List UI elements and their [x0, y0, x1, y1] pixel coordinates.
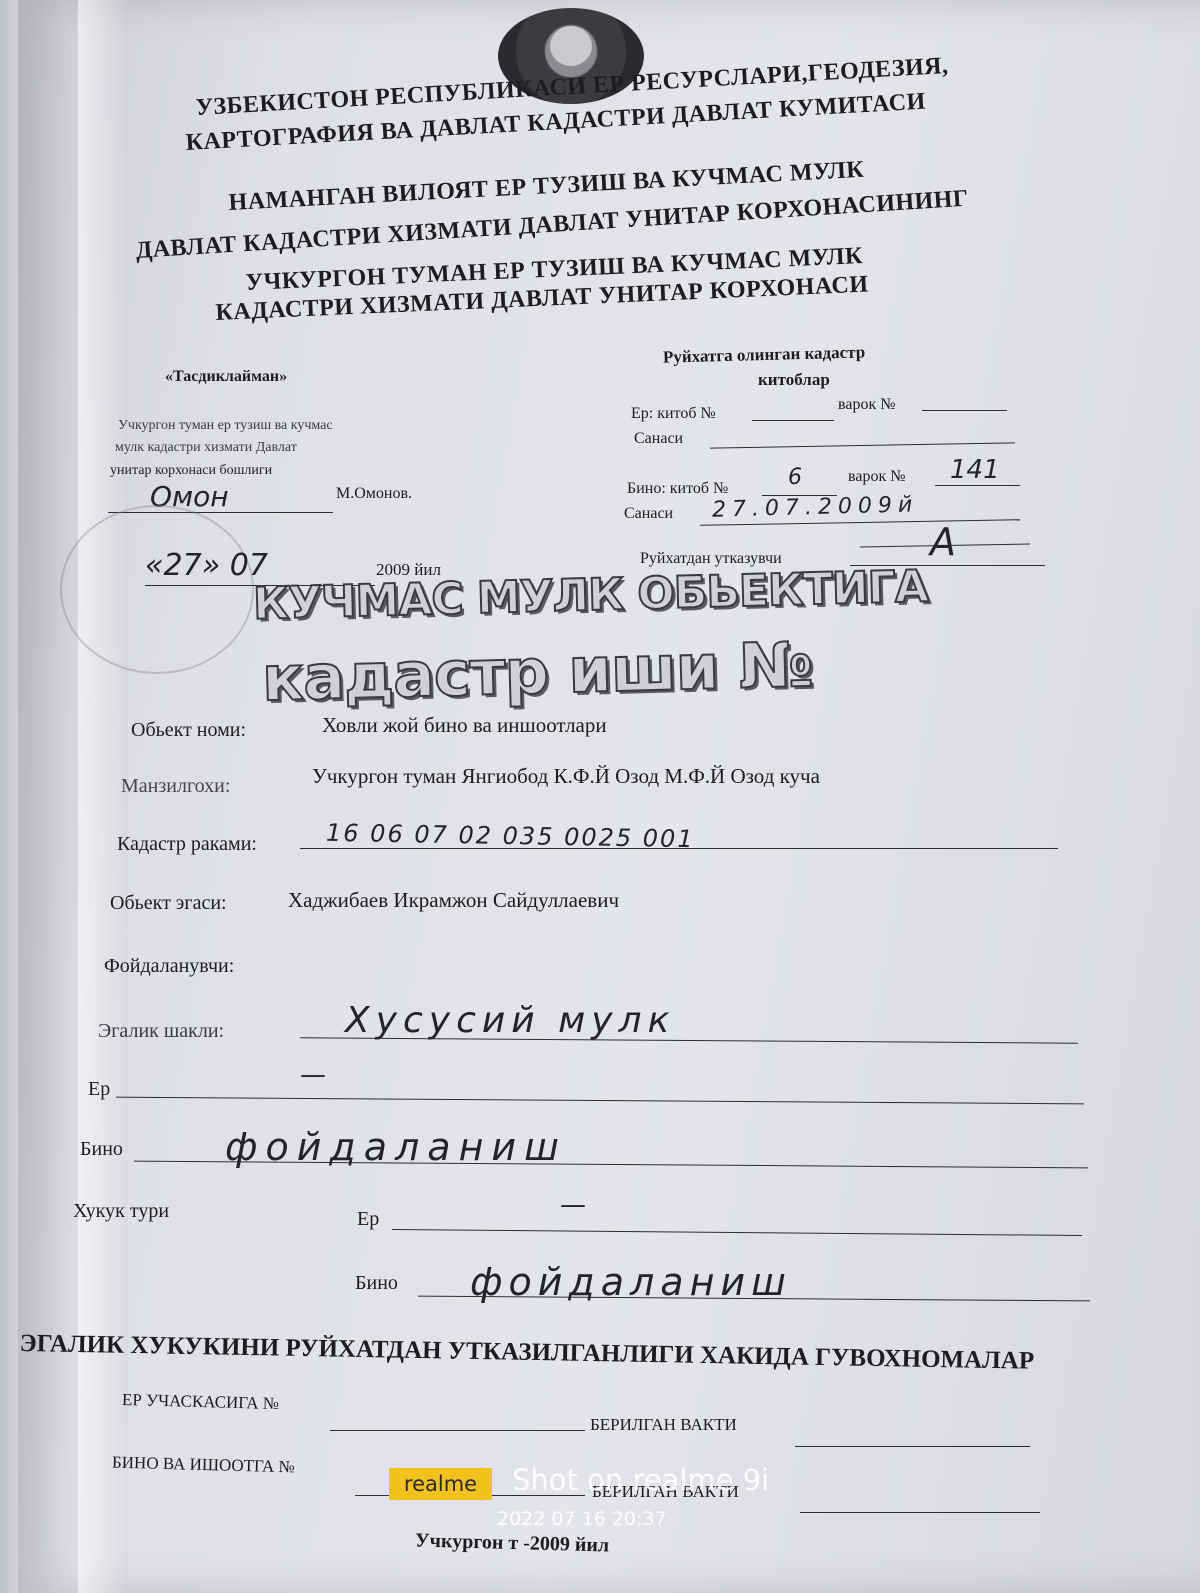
cadastre-number-label: Кадастр раками:: [117, 833, 257, 856]
ownership-form-value: Хусусий мулк: [345, 1000, 675, 1041]
land-issued-label: БЕРИЛГАН ВАКТИ: [590, 1415, 737, 1435]
right-land-label: Ер: [357, 1208, 379, 1231]
object-name-label: Обьект номи:: [131, 719, 246, 742]
building-sheet-label: варок №: [848, 468, 905, 486]
stamp-seal: [60, 505, 254, 674]
building-sheet-number: 141: [950, 455, 1000, 485]
approval-title: «Тасдиклайман»: [165, 368, 287, 386]
land-sheet-label: варок №: [838, 396, 895, 414]
director-name: М.Омонов.: [336, 485, 412, 503]
document-title-line-2: кадастр иши №: [261, 628, 813, 715]
right-building-label: Бино: [355, 1272, 398, 1295]
land-plot-certificate-label: ЕР УЧАСКАСИГА №: [122, 1390, 280, 1414]
building-label: Бино: [80, 1138, 123, 1161]
registrar-signature: А: [930, 520, 956, 564]
right-type-label: Хукук тури: [73, 1200, 169, 1223]
approval-line-3: унитар корхонаси бошлиги: [110, 463, 272, 479]
owner-value: Хаджибаев Икрамжон Сайдуллаевич: [288, 888, 619, 913]
object-name-value: Ховли жой бино ва иншоотлари: [322, 713, 607, 738]
address-label: Манзилгохи:: [121, 775, 230, 798]
land-book-label: Ер: китоб №: [631, 405, 716, 423]
right-land-value: —: [560, 1190, 586, 1220]
approval-date: «27» 07: [145, 548, 268, 583]
land-value: —: [300, 1060, 326, 1090]
address-value: Учкургон туман Янгиобод К.Ф.Й Озод М.Ф.Й…: [312, 764, 820, 789]
realme-logo-badge: realme: [389, 1468, 492, 1500]
building-date-label: Санаси: [624, 505, 673, 523]
owner-label: Обьект эгаси:: [110, 892, 227, 915]
building-book-number: 6: [788, 465, 802, 490]
approval-line-1: Учкургон туман ер тузиш ва кучмас: [118, 418, 333, 434]
approval-line-2: мулк кадастри хизмати Давлат: [115, 440, 297, 456]
building-book-label: Бино: китоб №: [627, 480, 728, 498]
land-date-label: Санаси: [634, 430, 683, 448]
camera-watermark-text: Shot on realme 9i: [512, 1463, 769, 1497]
land-label: Ер: [88, 1078, 110, 1101]
camera-watermark-datetime: 2022 07 16 20:37: [497, 1508, 667, 1530]
user-label: Фойдаланувчи:: [104, 955, 234, 978]
ownership-form-label: Эгалик шакли:: [98, 1020, 224, 1043]
registry-title-2: китоблар: [758, 370, 830, 390]
